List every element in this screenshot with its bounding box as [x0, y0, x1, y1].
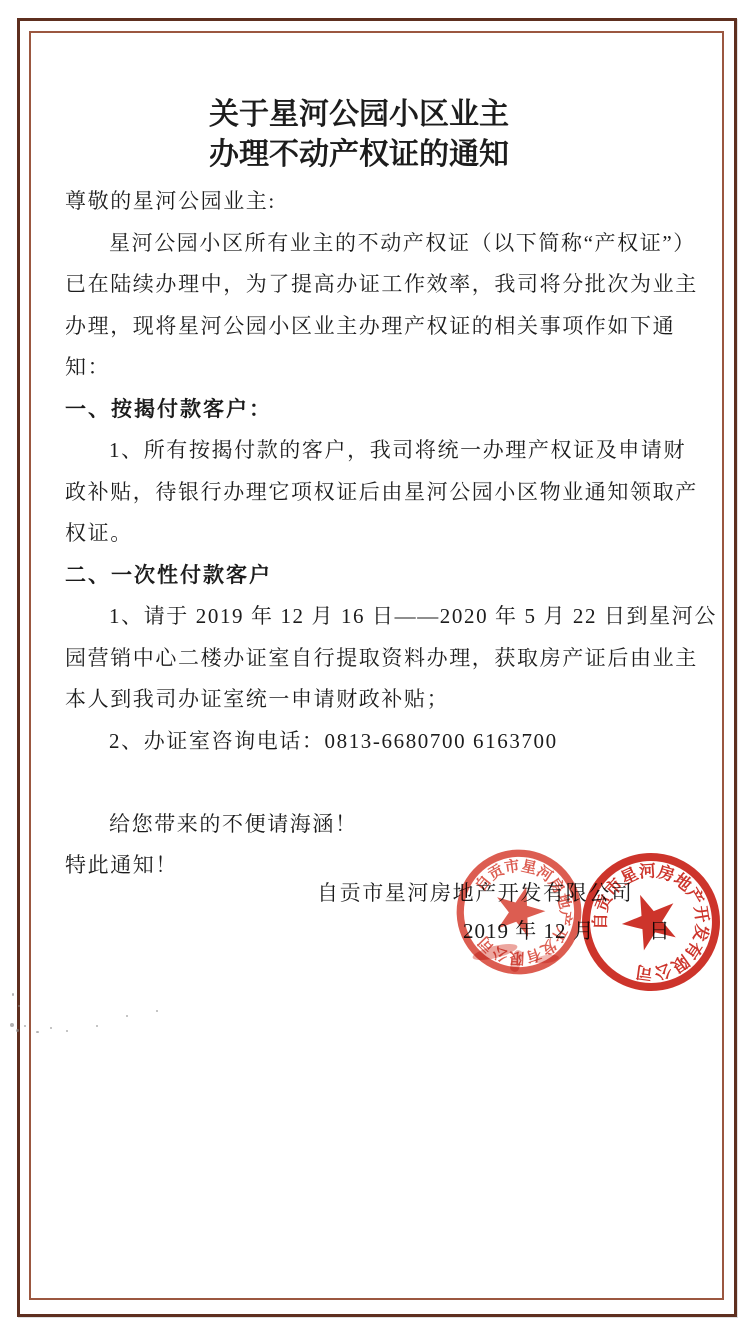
body-line: 1、请于 2019 年 12 月 16 日——2020 年 5 月 22 日到星…: [65, 596, 685, 638]
company-seal-right: 自贡市星河房地产开发有限公司: [578, 849, 724, 995]
notice-title-line: 办理不动产权证的通知: [0, 135, 734, 175]
body-line: 给您带来的不便请海涵！: [65, 804, 685, 846]
body-line: 已在陆续办理中，为了提高办证工作效率，我司将分批次为业主: [65, 264, 685, 306]
notice-document: 关于星河公园小区业主 办理不动产权证的通知 尊敬的星河公园业主:星河公园小区所有…: [0, 0, 750, 1333]
body-line: 权证。: [65, 513, 685, 555]
body-line: [65, 762, 685, 804]
section-heading: 二、一次性付款客户: [65, 555, 685, 597]
body-line: 园营销中心二楼办证室自行提取资料办理，获取房产证后由业主: [65, 638, 685, 680]
body-line: 知：: [65, 347, 685, 389]
body-line: 1、所有按揭付款的客户，我司将统一办理产权证及申请财: [65, 430, 685, 472]
notice-title-line: 关于星河公园小区业主: [0, 95, 734, 135]
notice-title: 关于星河公园小区业主 办理不动产权证的通知: [0, 95, 734, 175]
body-line: 本人到我司办证室统一申请财政补贴；: [65, 679, 685, 721]
body-line: 星河公园小区所有业主的不动产权证（以下简称“产权证”）: [65, 223, 685, 265]
body-line: 尊敬的星河公园业主:: [65, 181, 685, 223]
scan-speckles: [6, 985, 196, 1055]
body-line: 2、办证室咨询电话：0813-6680700 6163700: [65, 721, 685, 763]
section-heading: 一、按揭付款客户：: [65, 389, 685, 431]
body-lines: 尊敬的星河公园业主:星河公园小区所有业主的不动产权证（以下简称“产权证”）已在陆…: [65, 181, 685, 887]
body-line: 政补贴，待银行办理它项权证后由星河公园小区物业通知领取产: [65, 472, 685, 514]
body-line: 办理，现将星河公园小区业主办理产权证的相关事项作如下通: [65, 306, 685, 348]
seal-star-icon: [615, 882, 691, 958]
seal-star-icon: [497, 886, 547, 938]
